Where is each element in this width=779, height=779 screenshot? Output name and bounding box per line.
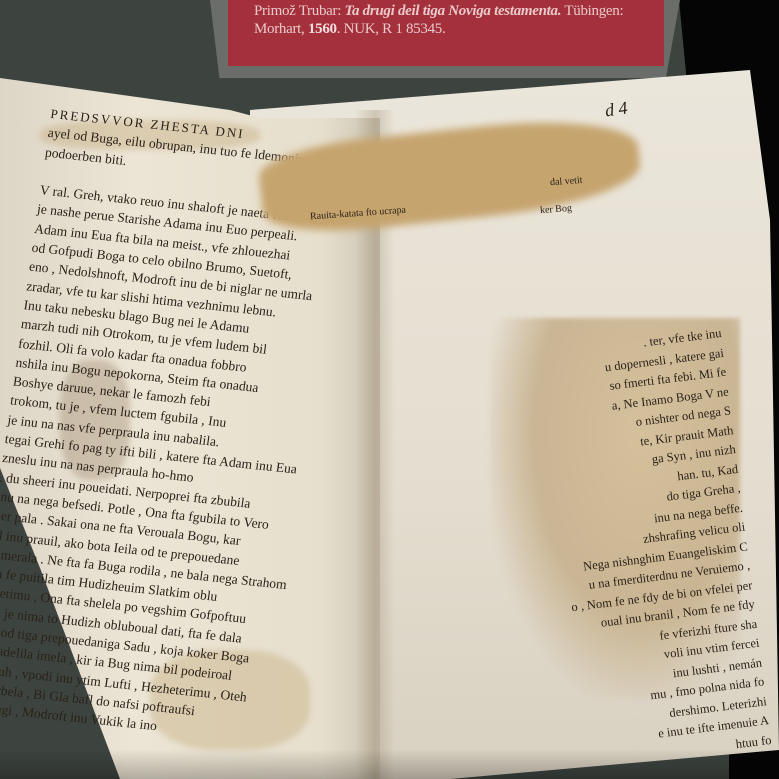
fragment-text-line: ker Bog xyxy=(539,199,572,220)
label-place: Tübingen: xyxy=(561,3,623,19)
label-year: 1560 xyxy=(308,21,337,37)
label-author: Primož Trubar: xyxy=(254,3,345,19)
margin-note: d 4 xyxy=(604,99,629,121)
label-title: Ta drugi deil tiga Noviga testamenta. xyxy=(345,3,562,19)
fragment-text-line: dal vetit xyxy=(549,171,583,193)
exhibit-label-text: Primož Trubar: Ta drugi deil tiga Noviga… xyxy=(228,0,664,66)
exhibit-label: Primož Trubar: Ta drugi deil tiga Noviga… xyxy=(210,0,680,78)
label-shelfmark: . NUK, R 1 85345. xyxy=(337,21,446,37)
label-printer: Morhart, xyxy=(254,21,308,37)
photo-scene: Primož Trubar: Ta drugi deil tiga Noviga… xyxy=(0,0,779,779)
right-page-top-fragment: d 4 Rauita-katata fto ucrapa dal vetit k… xyxy=(260,100,660,260)
right-page-text-fragment: . ter, vfe tke inu u dopernesli , katere… xyxy=(490,318,740,698)
bottom-shadow xyxy=(0,749,779,779)
